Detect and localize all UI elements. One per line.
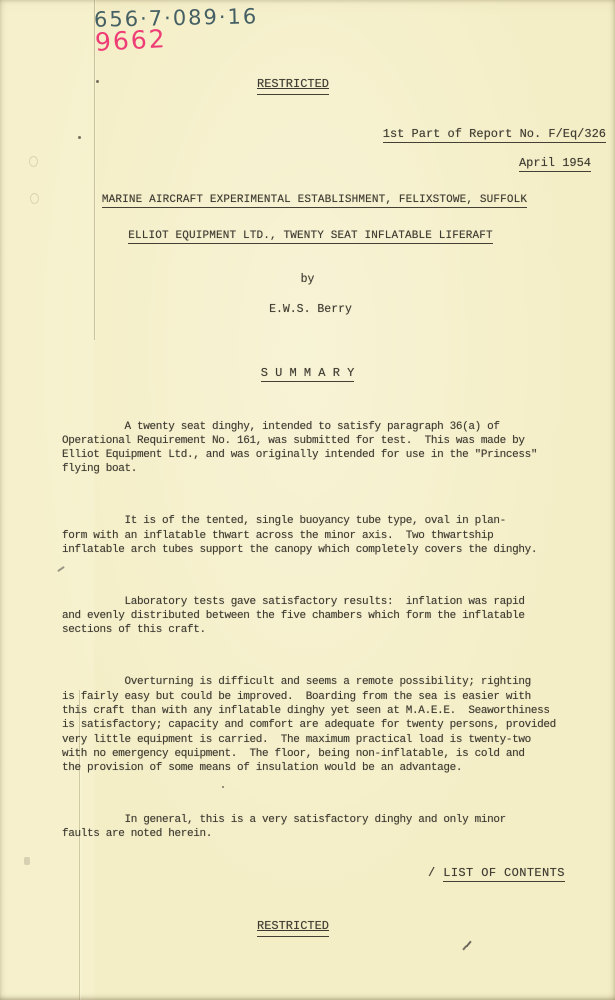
byline-prefix-row: by	[0, 273, 615, 286]
ink-speck	[96, 80, 99, 83]
establishment-title: MARINE AIRCRAFT EXPERIMENTAL ESTABLISHME…	[102, 194, 527, 208]
summary-paragraph-2: It is of the tented, single buoyancy tub…	[62, 514, 567, 557]
faint-stamp-mark	[29, 156, 38, 167]
summary-paragraph-1: A twenty seat dinghy, intended to satisf…	[62, 420, 567, 477]
summary-paragraph-3: Laboratory tests gave satisfactory resul…	[62, 595, 567, 638]
author-name: E.W.S. Berry	[269, 303, 352, 316]
report-title: ELLIOT EQUIPMENT LTD., TWENTY SEAT INFLA…	[128, 230, 493, 244]
byline-prefix: by	[301, 273, 315, 286]
continuation-note: / LIST OF CONTENTS	[428, 866, 565, 880]
author-row: E.W.S. Berry	[3, 303, 615, 316]
pen-tick	[462, 945, 466, 950]
establishment-title-row: MARINE AIRCRAFT EXPERIMENTAL ESTABLISHME…	[7, 194, 615, 206]
classification-header-text: RESTRICTED	[257, 77, 329, 91]
summary-heading: S U M M A R Y	[261, 366, 355, 382]
summary-body: A twenty seat dinghy, intended to satisf…	[62, 391, 567, 879]
report-title-row: ELLIOT EQUIPMENT LTD., TWENTY SEAT INFLA…	[3, 230, 615, 242]
classification-footer-text: RESTRICTED	[257, 919, 329, 933]
classification-header: RESTRICTED	[257, 77, 329, 91]
report-date-text: April 1954	[519, 156, 591, 172]
continuation-text: LIST OF CONTENTS	[443, 866, 565, 882]
summary-paragraph-4: Overturning is difficult and seems a rem…	[62, 675, 567, 775]
report-number-line: 1st Part of Report No. F/Eq/326	[383, 127, 606, 141]
document-page: 656·7·089·16 9662 RESTRICTED 1st Part of…	[0, 0, 615, 1000]
classification-footer: RESTRICTED	[257, 919, 329, 933]
summary-heading-row: S U M M A R Y	[0, 366, 615, 380]
report-number-text: 1st Part of Report No. F/Eq/326	[383, 127, 606, 143]
handwritten-accession-number: 9662	[94, 24, 167, 57]
pencil-smudge	[24, 857, 30, 865]
report-date-line: April 1954	[519, 156, 591, 170]
ink-speck	[78, 136, 81, 139]
summary-paragraph-5: In general, this is a very satisfactory …	[62, 813, 567, 842]
continuation-slash: /	[428, 866, 436, 880]
